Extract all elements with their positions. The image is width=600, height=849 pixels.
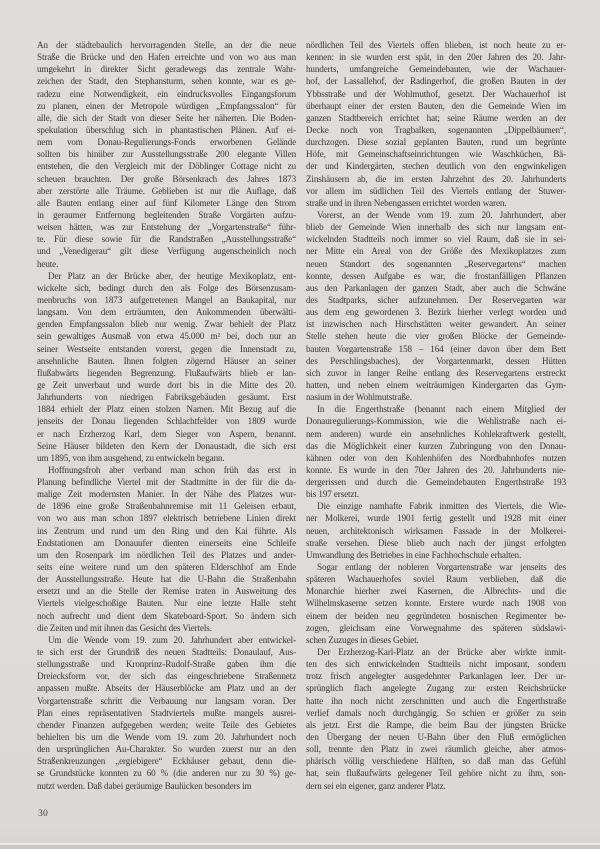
text-line: jenseits der Donau liegenden Schlachtfel… bbox=[37, 415, 296, 427]
text-line: blieb der Gemeinde Wien innerhalb des si… bbox=[306, 221, 566, 233]
text-line: ten des sich entwickelnden Stadtteils ni… bbox=[306, 658, 566, 670]
text-line: das die Möglichkeit einer kurzen Zubring… bbox=[306, 440, 566, 452]
text-line: Der Erzherzog-Karl-Platz an der Brücke a… bbox=[306, 646, 566, 658]
text-line: hatte ihn noch nicht zerschnitten und au… bbox=[306, 695, 566, 707]
text-line: ner Mitte ein Areal von der Größe des Me… bbox=[306, 245, 566, 257]
text-line: und „Venedigerau“ gilt diese Verfügung a… bbox=[37, 245, 296, 257]
text-line: um den Rosenpark im nördlichen Teil des … bbox=[37, 549, 296, 561]
text-line: Donauregulierungs-Kommission, wie die We… bbox=[306, 415, 566, 427]
text-line: phärisch völlig verschiedene Hälften, so… bbox=[306, 755, 566, 767]
text-line: se Grundstücke konnten zu 60 % (die ande… bbox=[37, 767, 296, 779]
text-line: Viertels vielgeschoßige Bauten. Nur eine… bbox=[37, 597, 296, 609]
text-line: entstehen, die den Vergleich mit der Döb… bbox=[37, 160, 296, 172]
paragraph: Die einzige namhafte Fabrik inmitten des… bbox=[306, 500, 566, 561]
text-line: langsam. Von dem erträumten, den Ankomme… bbox=[37, 306, 296, 318]
text-line: radezu eine Notwendigkeit, ein eindrucks… bbox=[37, 88, 296, 100]
text-line: weisen hätten, was zur Entstehung der „V… bbox=[37, 221, 296, 233]
text-line: um 1895, von ihm ausgehend, zu entwickel… bbox=[37, 452, 296, 464]
text-line: scheuen brauchten. Der große Börsenkrach… bbox=[37, 173, 296, 185]
text-line: verlief damals noch durchgängig. So schi… bbox=[306, 707, 566, 719]
text-line: den ursprünglichen Au-Charakter. So wurd… bbox=[37, 743, 296, 755]
text-line: Endstationen am Donauufer dienten einers… bbox=[37, 537, 296, 549]
text-line: Decke noch von Tragbalken, sogenannten „… bbox=[306, 124, 566, 136]
text-line: umgekehrt in direkter Sicht geradewegs d… bbox=[37, 63, 296, 75]
text-line: Zinshäusern ab, die im ersten Jahrzehnt … bbox=[306, 173, 566, 185]
text-line: malige Zeit modernsten Manier. In der Nä… bbox=[37, 488, 296, 500]
paragraph: Der Erzherzog-Karl-Platz an der Brücke a… bbox=[306, 646, 566, 792]
text-line: sprünglich flach angelegte Zugang zur er… bbox=[306, 682, 566, 694]
text-line: ist inzwischen nach Hirschstätten weiter… bbox=[306, 318, 566, 330]
text-line: seiner Westseite entstanden vorerst, geg… bbox=[37, 343, 296, 355]
text-line: bauten Vorgartenstraße 158 – 164 (einer … bbox=[306, 343, 566, 355]
text-line: er nach Erzherzog Karl, dem Sieger von A… bbox=[37, 428, 296, 440]
text-line: ins Zentrum und rund um den Ring und den… bbox=[37, 525, 296, 537]
text-line: sein gewaltiges Ausmaß von etwa 45.000 m… bbox=[37, 330, 296, 342]
text-line: stellungsstraße und Kronprinz-Rudolf-Str… bbox=[37, 658, 296, 670]
text-line: Die einzige namhafte Fabrik inmitten des… bbox=[306, 500, 566, 512]
paragraph: Vorerst, an der Wende vom 19. zum 20. Ja… bbox=[306, 209, 566, 403]
text-line: hunderts, umfangreiche Gemeindebauten, w… bbox=[306, 63, 566, 75]
text-line: nutzt werden. Daß dabei geräumige Baulüc… bbox=[37, 780, 296, 792]
text-line: hatten, und neben einem weiträumigen Kin… bbox=[306, 379, 566, 391]
text-line: des Perschlingsbaches), der Vorgartenmar… bbox=[306, 355, 566, 367]
text-column-right: nördlichen Teil des Viertels offen blieb… bbox=[306, 39, 566, 792]
text-line: in geraumer Entfernung begleitenden Stra… bbox=[37, 209, 296, 221]
page-bottom-edge-shadow bbox=[0, 845, 600, 849]
text-line: von wo aus man schon 1897 elektrisch bet… bbox=[37, 512, 296, 524]
paragraph: Der Platz an der Brücke aber, der heutig… bbox=[37, 270, 296, 464]
text-line: Jahrhunderts von niedrigen Fabriksgebäud… bbox=[37, 391, 296, 403]
text-line: alle Bauten entlang einer auf fünf Kilom… bbox=[37, 197, 296, 209]
text-line: Monarchie hierher zwei Kasernen, die Alb… bbox=[306, 585, 566, 597]
text-line: te. Für diese sowie für die Randstraßen … bbox=[37, 233, 296, 245]
text-line: flußabwärts liegenden Begrenzung. Flußau… bbox=[37, 367, 296, 379]
text-line: An der städtebaulich hervorragenden Stel… bbox=[37, 39, 296, 51]
text-line: den Übergang der neuen U-Bahn über den F… bbox=[306, 731, 566, 743]
text-line: alle, die sich der Stadt von dieser Seit… bbox=[37, 112, 296, 124]
text-line: Seine Häuser bildeten den Kern der Donau… bbox=[37, 440, 296, 452]
text-line: seits eine weitere rund um den späteren … bbox=[37, 561, 296, 573]
text-line: wickelte sich, bedingt durch den als Fol… bbox=[37, 282, 296, 294]
text-line: schen Zuzuges in dieses Gebiet. bbox=[306, 634, 566, 646]
text-line: ansehnliche Bauten. Ihnen folgten zögern… bbox=[37, 355, 296, 367]
text-line: Um die Wende vom 19. zum 20. Jahrhundert… bbox=[37, 634, 296, 646]
text-line: Hoffnungsfroh aber verband man schon frü… bbox=[37, 464, 296, 476]
text-line: nem anderen) wurde ein ansehnliches Kohl… bbox=[306, 428, 566, 440]
text-line: nem vom Donau-Regulierungs-Fonds erworbe… bbox=[37, 136, 296, 148]
text-line: neuen, architektonisch wirksamen Fassade… bbox=[306, 525, 566, 537]
text-line: nasium in der Wohlmutstraße. bbox=[306, 391, 566, 403]
paragraph: An der städtebaulich hervorragenden Stel… bbox=[37, 39, 296, 270]
text-line: trotz frisch angelegter ausgedehnter Par… bbox=[306, 670, 566, 682]
text-line: hof, der Lassallehof, der Radingerhof, d… bbox=[306, 75, 566, 87]
paragraph: Sogar entlang der nobleren Vorgartenstra… bbox=[306, 561, 566, 646]
text-line: te sich erst der Grundriß des neuen Stad… bbox=[37, 646, 296, 658]
text-line: einem der beiden neu gegründeten bosnisc… bbox=[306, 610, 566, 622]
text-line: straße und in ihren Nebengassen errichte… bbox=[306, 197, 566, 209]
text-line: noch aufrecht und dient dem Skateboard-S… bbox=[37, 610, 296, 622]
text-line: die Zeiten und mit ihnen das Gesicht des… bbox=[37, 622, 296, 634]
paragraph: Hoffnungsfroh aber verband man schon frü… bbox=[37, 464, 296, 634]
text-line: ganzen Stadtbereich errichtet hat; seine… bbox=[306, 112, 566, 124]
text-line: behielten bis um die Wende vom 19. zum 2… bbox=[37, 731, 296, 743]
text-line: Vorgartenstraße schritt die Verbauung nu… bbox=[37, 695, 296, 707]
text-line: ge Zeit unverbaut und wurde dort bis in … bbox=[37, 379, 296, 391]
text-line: sich zuvor in langer Reihe entlang des R… bbox=[306, 367, 566, 379]
text-line: de 1896 eine große Straßenbahnremise mit… bbox=[37, 500, 296, 512]
page-number: 30 bbox=[38, 808, 48, 819]
text-line: Umwandlung des Betriebes in eine Fachhoc… bbox=[306, 549, 566, 561]
text-line: aber zerstörte alle Träume. Geblieben is… bbox=[37, 185, 296, 197]
text-line: sollten bis hinüber zur Ausstellungsstra… bbox=[37, 148, 296, 160]
text-line: Ybbsstraße und der Wohlmuthof, gesetzt. … bbox=[306, 88, 566, 100]
text-line: kennen: in sie wurden erst spät, in den … bbox=[306, 51, 566, 63]
text-line: durchzogen. Diese sozial geplanten Baute… bbox=[306, 136, 566, 148]
paragraph: In die Engerthstraße (benannt nach einem… bbox=[306, 403, 566, 500]
text-line: neuen Standort des sogenannten „Reserveg… bbox=[306, 258, 566, 270]
text-line: kähnen oder von den Kohlenhöfen des Nord… bbox=[306, 452, 566, 464]
text-line: zu planen, einen der Metropole würdigen … bbox=[37, 100, 296, 112]
text-line: Straßenkreuzungen „ergiebigere“ Eckhäuse… bbox=[37, 755, 296, 767]
text-line: heute. bbox=[37, 258, 296, 270]
text-line: bis 197 ersetzt. bbox=[306, 488, 566, 500]
text-line: spekulation überschlug sich in phantasti… bbox=[37, 124, 296, 136]
text-line: Höfe, mit Gemeinschaftseinrichtungen wie… bbox=[306, 148, 566, 160]
text-line: ersetzt und an die Stelle der Remise tra… bbox=[37, 585, 296, 597]
text-line: aus den Parkanlagen der ganzen Stadt, ab… bbox=[306, 282, 566, 294]
text-line: der und Kindergärten, stechen deutlich v… bbox=[306, 160, 566, 172]
text-line: Straße die Brücke und den Hafen erreicht… bbox=[37, 51, 296, 63]
text-line: Wilhelmskaserne setzen konnte. Erstere w… bbox=[306, 597, 566, 609]
text-line: 1884 erhielt der Platz einen stolzen Nam… bbox=[37, 403, 296, 415]
text-line: straße versehen. Diese blieb auch nach d… bbox=[306, 537, 566, 549]
text-line: Dreiecksform vor, der sich das eingeschr… bbox=[37, 670, 296, 682]
paragraph: nördlichen Teil des Viertels offen blieb… bbox=[306, 39, 566, 209]
text-line: hat, sein flußaufwärts gelegener Teil ge… bbox=[306, 767, 566, 779]
paragraph: Um die Wende vom 19. zum 20. Jahrhundert… bbox=[37, 634, 296, 792]
text-line: ner Molkerei, wurde 1901 fertig gestellt… bbox=[306, 512, 566, 524]
text-line: des Stadtparks, sicher aufzunehmen. Der … bbox=[306, 294, 566, 306]
text-line: konnte, dessen Aufgabe es war, die frost… bbox=[306, 270, 566, 282]
text-line: aus dem eng gewordenen 3. Bezirk hierher… bbox=[306, 306, 566, 318]
text-line: vor allem im südlichen Teil des Viertels… bbox=[306, 185, 566, 197]
text-line: menbruchs von 1873 aufgetretenen Mangel … bbox=[37, 294, 296, 306]
text-line: wickelnden Stadtteils noch immer so viel… bbox=[306, 233, 566, 245]
text-line: der Ausstellungsstraße. Heute hat die U-… bbox=[37, 573, 296, 585]
text-line: späteren Wachauerhofes soviel Raum verbl… bbox=[306, 573, 566, 585]
text-line: Stelle stehen heute die vier großen Blöc… bbox=[306, 330, 566, 342]
text-line: Plan eines repräsentativen Stadtviertels… bbox=[37, 707, 296, 719]
text-line: zogen, gleichsam eine Vorwegnahme des sp… bbox=[306, 622, 566, 634]
text-line: Der Platz an der Brücke aber, der heutig… bbox=[37, 270, 296, 282]
text-line: anpassen mußte. Abseits der Häuserblöcke… bbox=[37, 682, 296, 694]
text-line: dergerissen und durch die Gemeindebauten… bbox=[306, 476, 566, 488]
text-line: überhaupt einer der ersten Bauten, den d… bbox=[306, 100, 566, 112]
text-line: genden Empfangssalon blieb nur wenig. Zw… bbox=[37, 318, 296, 330]
text-line: konnte. Es wurde in den 70er Jahren des … bbox=[306, 464, 566, 476]
text-line: Sogar entlang der nobleren Vorgartenstra… bbox=[306, 561, 566, 573]
text-line: dern sei ein eigener, ganz anderer Platz… bbox=[306, 780, 566, 792]
text-line: nördlichen Teil des Viertels offen blieb… bbox=[306, 39, 566, 51]
text-column-left: An der städtebaulich hervorragenden Stel… bbox=[37, 39, 296, 792]
text-line: Vorerst, an der Wende vom 19. zum 20. Ja… bbox=[306, 209, 566, 221]
book-page: An der städtebaulich hervorragenden Stel… bbox=[0, 0, 600, 849]
text-line: als jetzt. Erst die Rampe, die beim Bau … bbox=[306, 719, 566, 731]
text-line: soll, trennte den Platz in zwei räumlich… bbox=[306, 743, 566, 755]
text-line: chender Finanzen aufgegeben werden; weit… bbox=[37, 719, 296, 731]
text-line: zeichen der Stadt, den Stephansturm, seh… bbox=[37, 75, 296, 87]
text-line: Planung befindliche Viertel mit der Stad… bbox=[37, 476, 296, 488]
text-line: In die Engerthstraße (benannt nach einem… bbox=[306, 403, 566, 415]
